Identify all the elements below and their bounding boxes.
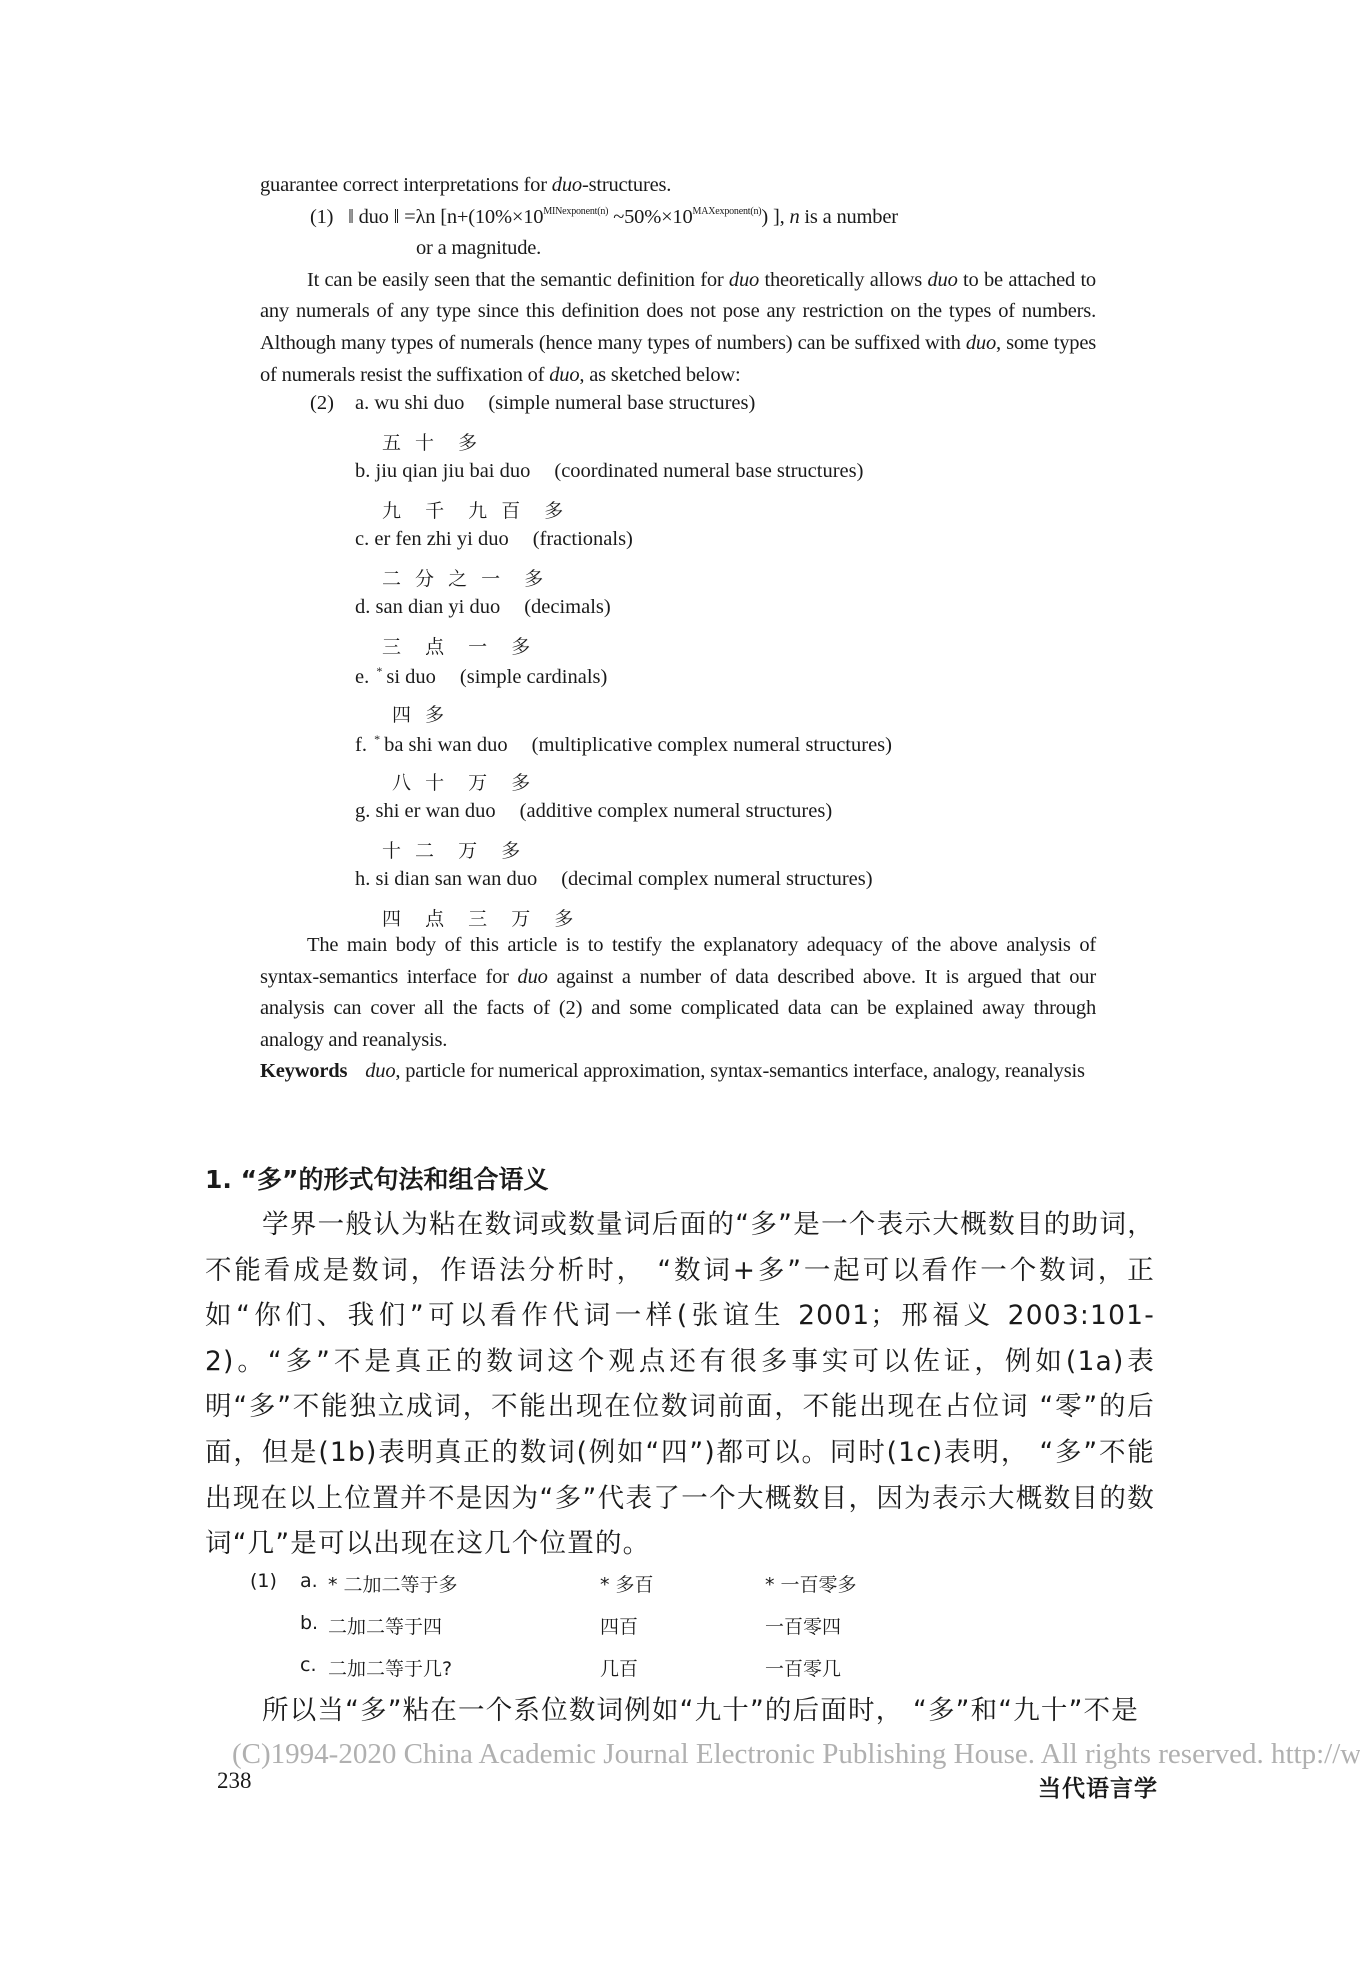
example-gloss: (additive complex numeral structures) xyxy=(520,800,833,823)
formula-1: (1) ‖ duo ‖ =λn [n+(10%×10MINexponent(n)… xyxy=(260,202,1096,265)
example-cell: 几百 xyxy=(600,1654,638,1681)
example-item: h. si dian san wan duo(decimal complex n… xyxy=(355,868,873,891)
example-pinyin: ba shi wan duo xyxy=(384,734,508,756)
section1-paragraph-2: 所以当“多”粘在一个系位数词例如“九十”的后面时， “多”和“九十”不是 xyxy=(205,1688,1155,1734)
example-chinese: 四 多 xyxy=(382,700,448,727)
example-gloss: (simple numeral base structures) xyxy=(488,392,755,415)
example-cell: 一百零四 xyxy=(765,1612,841,1639)
example-item: e. *si duo(simple cardinals) xyxy=(355,664,607,689)
abstract-block-2: The main body of this article is to test… xyxy=(260,930,1096,1088)
example-letter: d. xyxy=(355,596,376,618)
italic-term: duo xyxy=(518,966,548,988)
example-gloss: (coordinated numeral base structures) xyxy=(554,460,863,483)
text: theoretically allows xyxy=(759,269,927,291)
example-pinyin: wu shi duo xyxy=(374,392,464,414)
example-letter: c. xyxy=(300,1654,317,1676)
example-chinese: 九 千 九 百 多 xyxy=(382,496,567,523)
example-pinyin: si duo xyxy=(386,666,436,688)
text: It can be easily seen that the semantic … xyxy=(307,269,729,291)
example-cell: * 一百零多 xyxy=(765,1570,857,1597)
example-item: d. san dian yi duo(decimals) xyxy=(355,596,611,619)
example-pinyin: er fen zhi yi duo xyxy=(374,528,508,550)
example-item: g. shi er wan duo(additive complex numer… xyxy=(355,800,832,823)
example-gloss: (simple cardinals) xyxy=(460,666,607,689)
page-number: 238 xyxy=(217,1768,252,1794)
ungrammatical-marker: * xyxy=(374,732,380,746)
section-heading: 1. “多”的形式句法和组合语义 xyxy=(205,1160,548,1196)
italic-term: duo xyxy=(552,174,582,196)
example-item: c. er fen zhi yi duo(fractionals) xyxy=(355,528,633,551)
example-cell: 四百 xyxy=(600,1612,638,1639)
abstract-paragraph-2: The main body of this article is to test… xyxy=(260,930,1096,1056)
formula-lhs: ‖ duo ‖ =λn [n+(10%×10 xyxy=(348,206,543,228)
italic-term: n xyxy=(789,206,799,228)
text: guarantee correct interpretations for xyxy=(260,174,552,196)
keywords-label: Keywords xyxy=(260,1060,347,1082)
example-letter: h. xyxy=(355,868,376,890)
example-chinese: 八 十 万 多 xyxy=(382,768,534,795)
section1-paragraph-1: 学界一般认为粘在数词或数量词后面的“多”是一个表示大概数目的助词，不能看成是数词… xyxy=(205,1202,1155,1567)
example-label: (2) xyxy=(310,392,334,415)
example-item: f. *ba shi wan duo(multiplicative comple… xyxy=(355,732,892,757)
italic-term: duo xyxy=(966,332,996,354)
text: -structures. xyxy=(582,174,671,196)
example-chinese: 三 点 一 多 xyxy=(382,632,534,659)
section1-body: 学界一般认为粘在数词或数量词后面的“多”是一个表示大概数目的助词，不能看成是数词… xyxy=(205,1202,1155,1567)
example-pinyin: si dian san wan duo xyxy=(376,868,538,890)
example-letter: b. xyxy=(300,1612,318,1634)
example-pinyin: shi er wan duo xyxy=(376,800,496,822)
keywords-list: , particle for numerical approximation, … xyxy=(395,1060,1084,1082)
text: , as sketched below: xyxy=(579,364,740,386)
example-item: b. jiu qian jiu bai duo(coordinated nume… xyxy=(355,460,863,483)
example-chinese: 二 分 之 一 多 xyxy=(382,564,547,591)
example-gloss: (decimals) xyxy=(524,596,611,619)
example-letter: e. xyxy=(355,666,374,688)
example-item: a. wu shi duo(simple numeral base struct… xyxy=(355,392,755,415)
example-letter: b. xyxy=(355,460,376,482)
abstract-line-0: guarantee correct interpretations for du… xyxy=(260,170,1096,202)
example-cell: 一百零几 xyxy=(765,1654,841,1681)
example-cell: 二加二等于四 xyxy=(328,1612,442,1639)
formula-mid: ~50%×10 xyxy=(608,206,692,228)
formula-sup-min: MINexponent(n) xyxy=(543,206,608,217)
example-gloss: (multiplicative complex numeral structur… xyxy=(532,734,892,757)
example-letter: a. xyxy=(300,1570,318,1592)
abstract-block: guarantee correct interpretations for du… xyxy=(260,170,1096,391)
example-gloss: (decimal complex numeral structures) xyxy=(561,868,872,891)
example-gloss: (fractionals) xyxy=(533,528,633,551)
journal-name: 当代语言学 xyxy=(1038,1770,1158,1803)
italic-term: duo xyxy=(927,269,957,291)
example-letter: g. xyxy=(355,800,376,822)
example-chinese: 五 十 多 xyxy=(382,428,481,455)
formula-label: (1) xyxy=(310,206,333,228)
formula-continuation: or a magnitude. xyxy=(310,233,1096,265)
italic-term: duo xyxy=(365,1060,395,1082)
italic-term: duo xyxy=(729,269,759,291)
formula-rhs: ) ], xyxy=(761,206,789,228)
example-letter: c. xyxy=(355,528,374,550)
example-letter: f. xyxy=(355,734,372,756)
example-chinese: 四 点 三 万 多 xyxy=(382,904,577,931)
ungrammatical-marker: * xyxy=(376,664,382,678)
copyright-watermark: (C)1994-2020 China Academic Journal Elec… xyxy=(232,1738,1360,1771)
example-label: (1) xyxy=(250,1570,277,1592)
formula-tail: is a number xyxy=(800,206,898,228)
section1-body-cont: 所以当“多”粘在一个系位数词例如“九十”的后面时， “多”和“九十”不是 xyxy=(205,1688,1155,1734)
formula-sup-max: MAXexponent(n) xyxy=(693,206,762,217)
example-pinyin: jiu qian jiu bai duo xyxy=(376,460,531,482)
example-cell: 二加二等于几? xyxy=(328,1654,452,1681)
example-chinese: 十 二 万 多 xyxy=(382,836,524,863)
italic-term: duo xyxy=(549,364,579,386)
example-pinyin: san dian yi duo xyxy=(376,596,501,618)
example-cell: * 二加二等于多 xyxy=(328,1570,458,1597)
example-letter: a. xyxy=(355,392,374,414)
abstract-paragraph-1: It can be easily seen that the semantic … xyxy=(260,265,1096,391)
keywords: Keywordsduo, particle for numerical appr… xyxy=(260,1056,1096,1088)
example-cell: * 多百 xyxy=(600,1570,654,1597)
